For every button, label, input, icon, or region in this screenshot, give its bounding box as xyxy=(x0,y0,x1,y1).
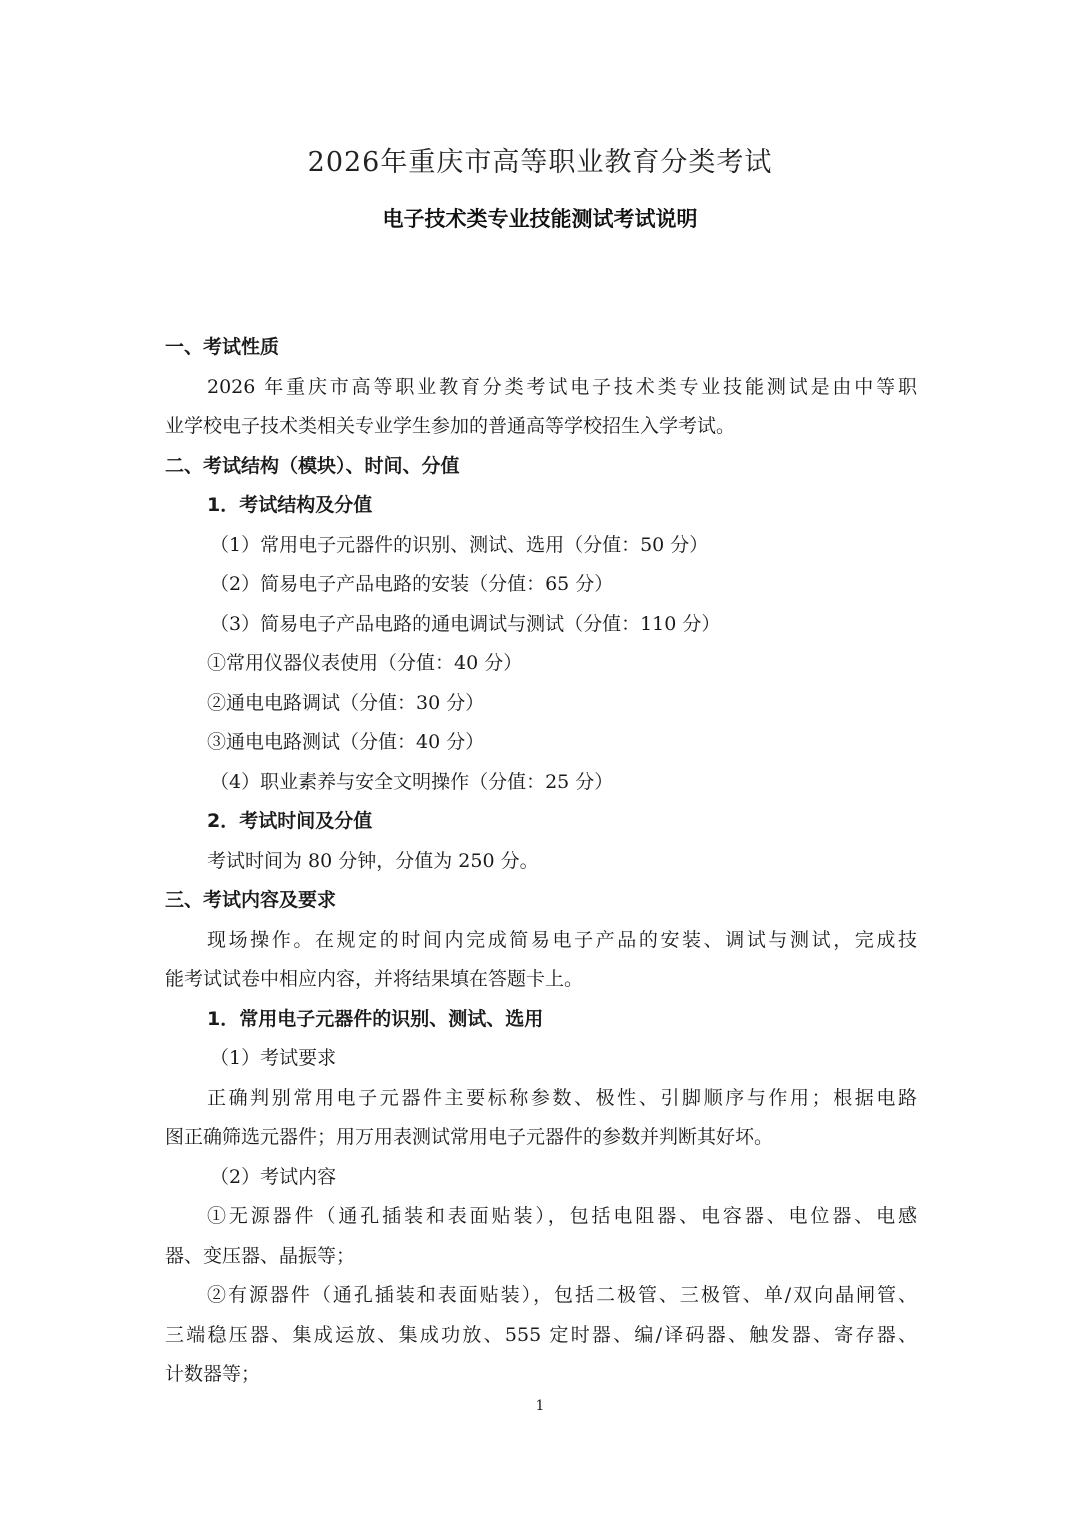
paragraph-line: 三端稳压器、集成运放、集成功放、555 定时器、编/译码器、触发器、寄存器、 xyxy=(165,1316,917,1356)
list-item: （4）职业素养与安全文明操作（分值：25 分） xyxy=(165,763,917,803)
paragraph-line: 业学校电子技术类相关专业学生参加的普通高等学校招生入学考试。 xyxy=(165,407,917,447)
paragraph-line: 正确判别常用电子元器件主要标称参数、极性、引脚顺序与作用；根据电路 xyxy=(165,1079,917,1119)
list-item: ②通电电路调试（分值：30 分） xyxy=(165,684,917,724)
list-item: （2）简易电子产品电路的安装（分值：65 分） xyxy=(165,565,917,605)
section-heading-structure: 二、考试结构（模块）、时间、分值 xyxy=(165,447,917,487)
paragraph-line: 2026 年重庆市高等职业教育分类考试电子技术类专业技能测试是由中等职 xyxy=(165,368,917,408)
subsection-heading-components: 1．常用电子元器件的识别、测试、选用 xyxy=(165,1000,917,1040)
paragraph-line: ②有源器件（通孔插装和表面贴装），包括二极管、三极管、单/双向晶闸管、 xyxy=(165,1276,917,1316)
subsection-heading-structure-score: 1．考试结构及分值 xyxy=(165,486,917,526)
list-item: （3）简易电子产品电路的通电调试与测试（分值：110 分） xyxy=(165,605,917,645)
page-number: 1 xyxy=(0,1398,1080,1414)
list-item: （1）常用电子元器件的识别、测试、选用（分值：50 分） xyxy=(165,526,917,566)
list-item: ①常用仪器仪表使用（分值：40 分） xyxy=(165,644,917,684)
paragraph-line: 计数器等； xyxy=(165,1355,917,1395)
section-heading-nature: 一、考试性质 xyxy=(165,328,917,368)
subsection-subheading-requirements: （1）考试要求 xyxy=(165,1039,917,1079)
paragraph-line: 现场操作。在规定的时间内完成简易电子产品的安装、调试与测试，完成技 xyxy=(165,921,917,961)
document-subtitle: 电子技术类专业技能测试考试说明 xyxy=(0,203,1080,233)
paragraph-line: 能考试试卷中相应内容，并将结果填在答题卡上。 xyxy=(165,960,917,1000)
section-heading-content: 三、考试内容及要求 xyxy=(165,881,917,921)
document-page: 2026年重庆市高等职业教育分类考试 电子技术类专业技能测试考试说明 一、考试性… xyxy=(0,0,1080,1527)
subsection-subheading-content: （2）考试内容 xyxy=(165,1158,917,1198)
document-body: 一、考试性质 2026 年重庆市高等职业教育分类考试电子技术类专业技能测试是由中… xyxy=(165,328,917,1395)
list-item: ③通电电路测试（分值：40 分） xyxy=(165,723,917,763)
paragraph-line: 考试时间为 80 分钟，分值为 250 分。 xyxy=(165,842,917,882)
subsection-heading-time-score: 2．考试时间及分值 xyxy=(165,802,917,842)
paragraph-line: 器、变压器、晶振等； xyxy=(165,1237,917,1277)
paragraph-line: ①无源器件（通孔插装和表面贴装），包括电阻器、电容器、电位器、电感 xyxy=(165,1197,917,1237)
document-title: 2026年重庆市高等职业教育分类考试 xyxy=(0,140,1080,179)
paragraph-line: 图正确筛选元器件；用万用表测试常用电子元器件的参数并判断其好坏。 xyxy=(165,1118,917,1158)
